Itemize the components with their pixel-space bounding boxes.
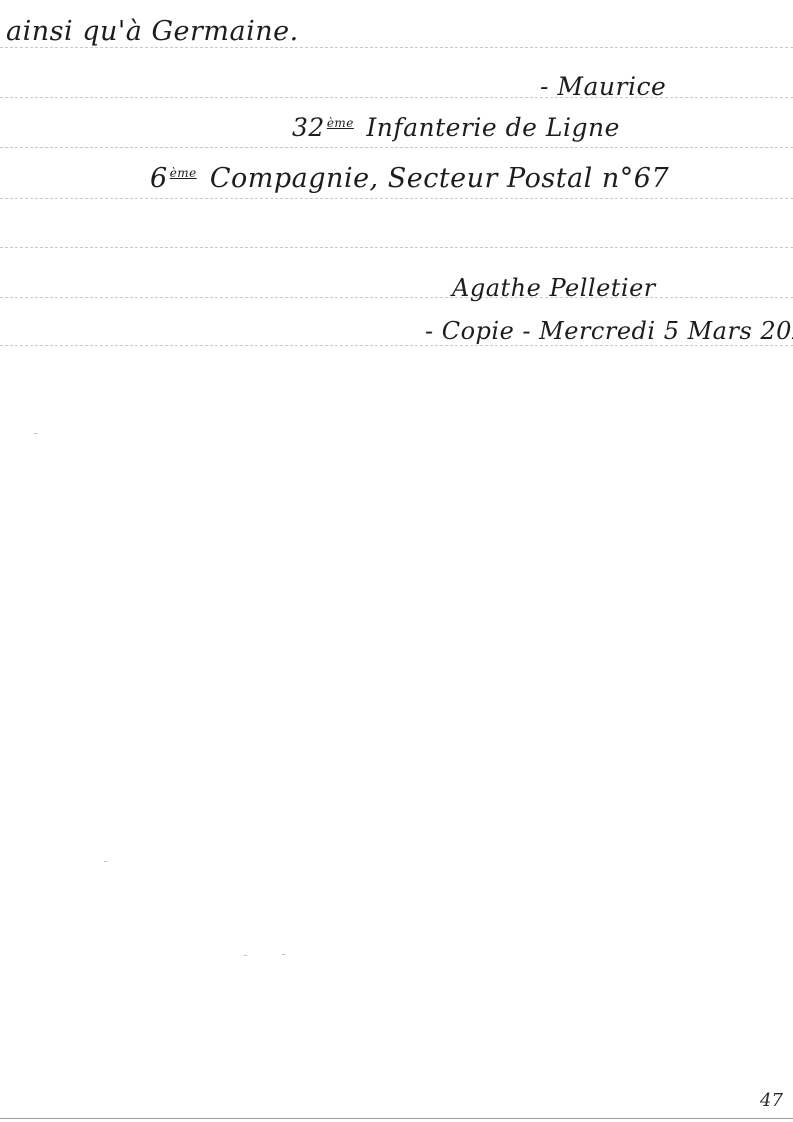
regiment-name: Infanterie de Ligne [366,113,620,142]
ruled-line [0,247,793,248]
regiment-number: 32 [292,113,325,142]
scan-speck [34,433,37,434]
ruled-line [0,97,793,98]
scan-speck [244,955,247,956]
ruled-line [0,345,793,346]
closing-line: ainsi qu'à Germaine. [6,16,299,47]
scan-speck [282,954,285,955]
bottom-edge-line [0,1118,793,1119]
company-line: 6ème Compagnie, Secteur Postal n°67 [150,163,669,194]
scan-speck [104,861,107,862]
ruled-line [0,147,793,148]
regiment-suffix: ème [327,116,354,130]
copyist-name: Agathe Pelletier [452,274,656,302]
page-number: 47 [760,1090,783,1111]
ruled-line [0,297,793,298]
company-postal-sector: Compagnie, Secteur Postal n°67 [210,163,669,194]
ruled-line [0,47,793,48]
copy-note: - Copie - Mercredi 5 Mars 2025 [425,317,793,345]
company-number: 6 [150,163,168,194]
regiment-line: 32ème Infanterie de Ligne [292,113,620,142]
signature: - Maurice [540,72,666,101]
company-suffix: ème [170,166,197,180]
ruled-line [0,198,793,199]
